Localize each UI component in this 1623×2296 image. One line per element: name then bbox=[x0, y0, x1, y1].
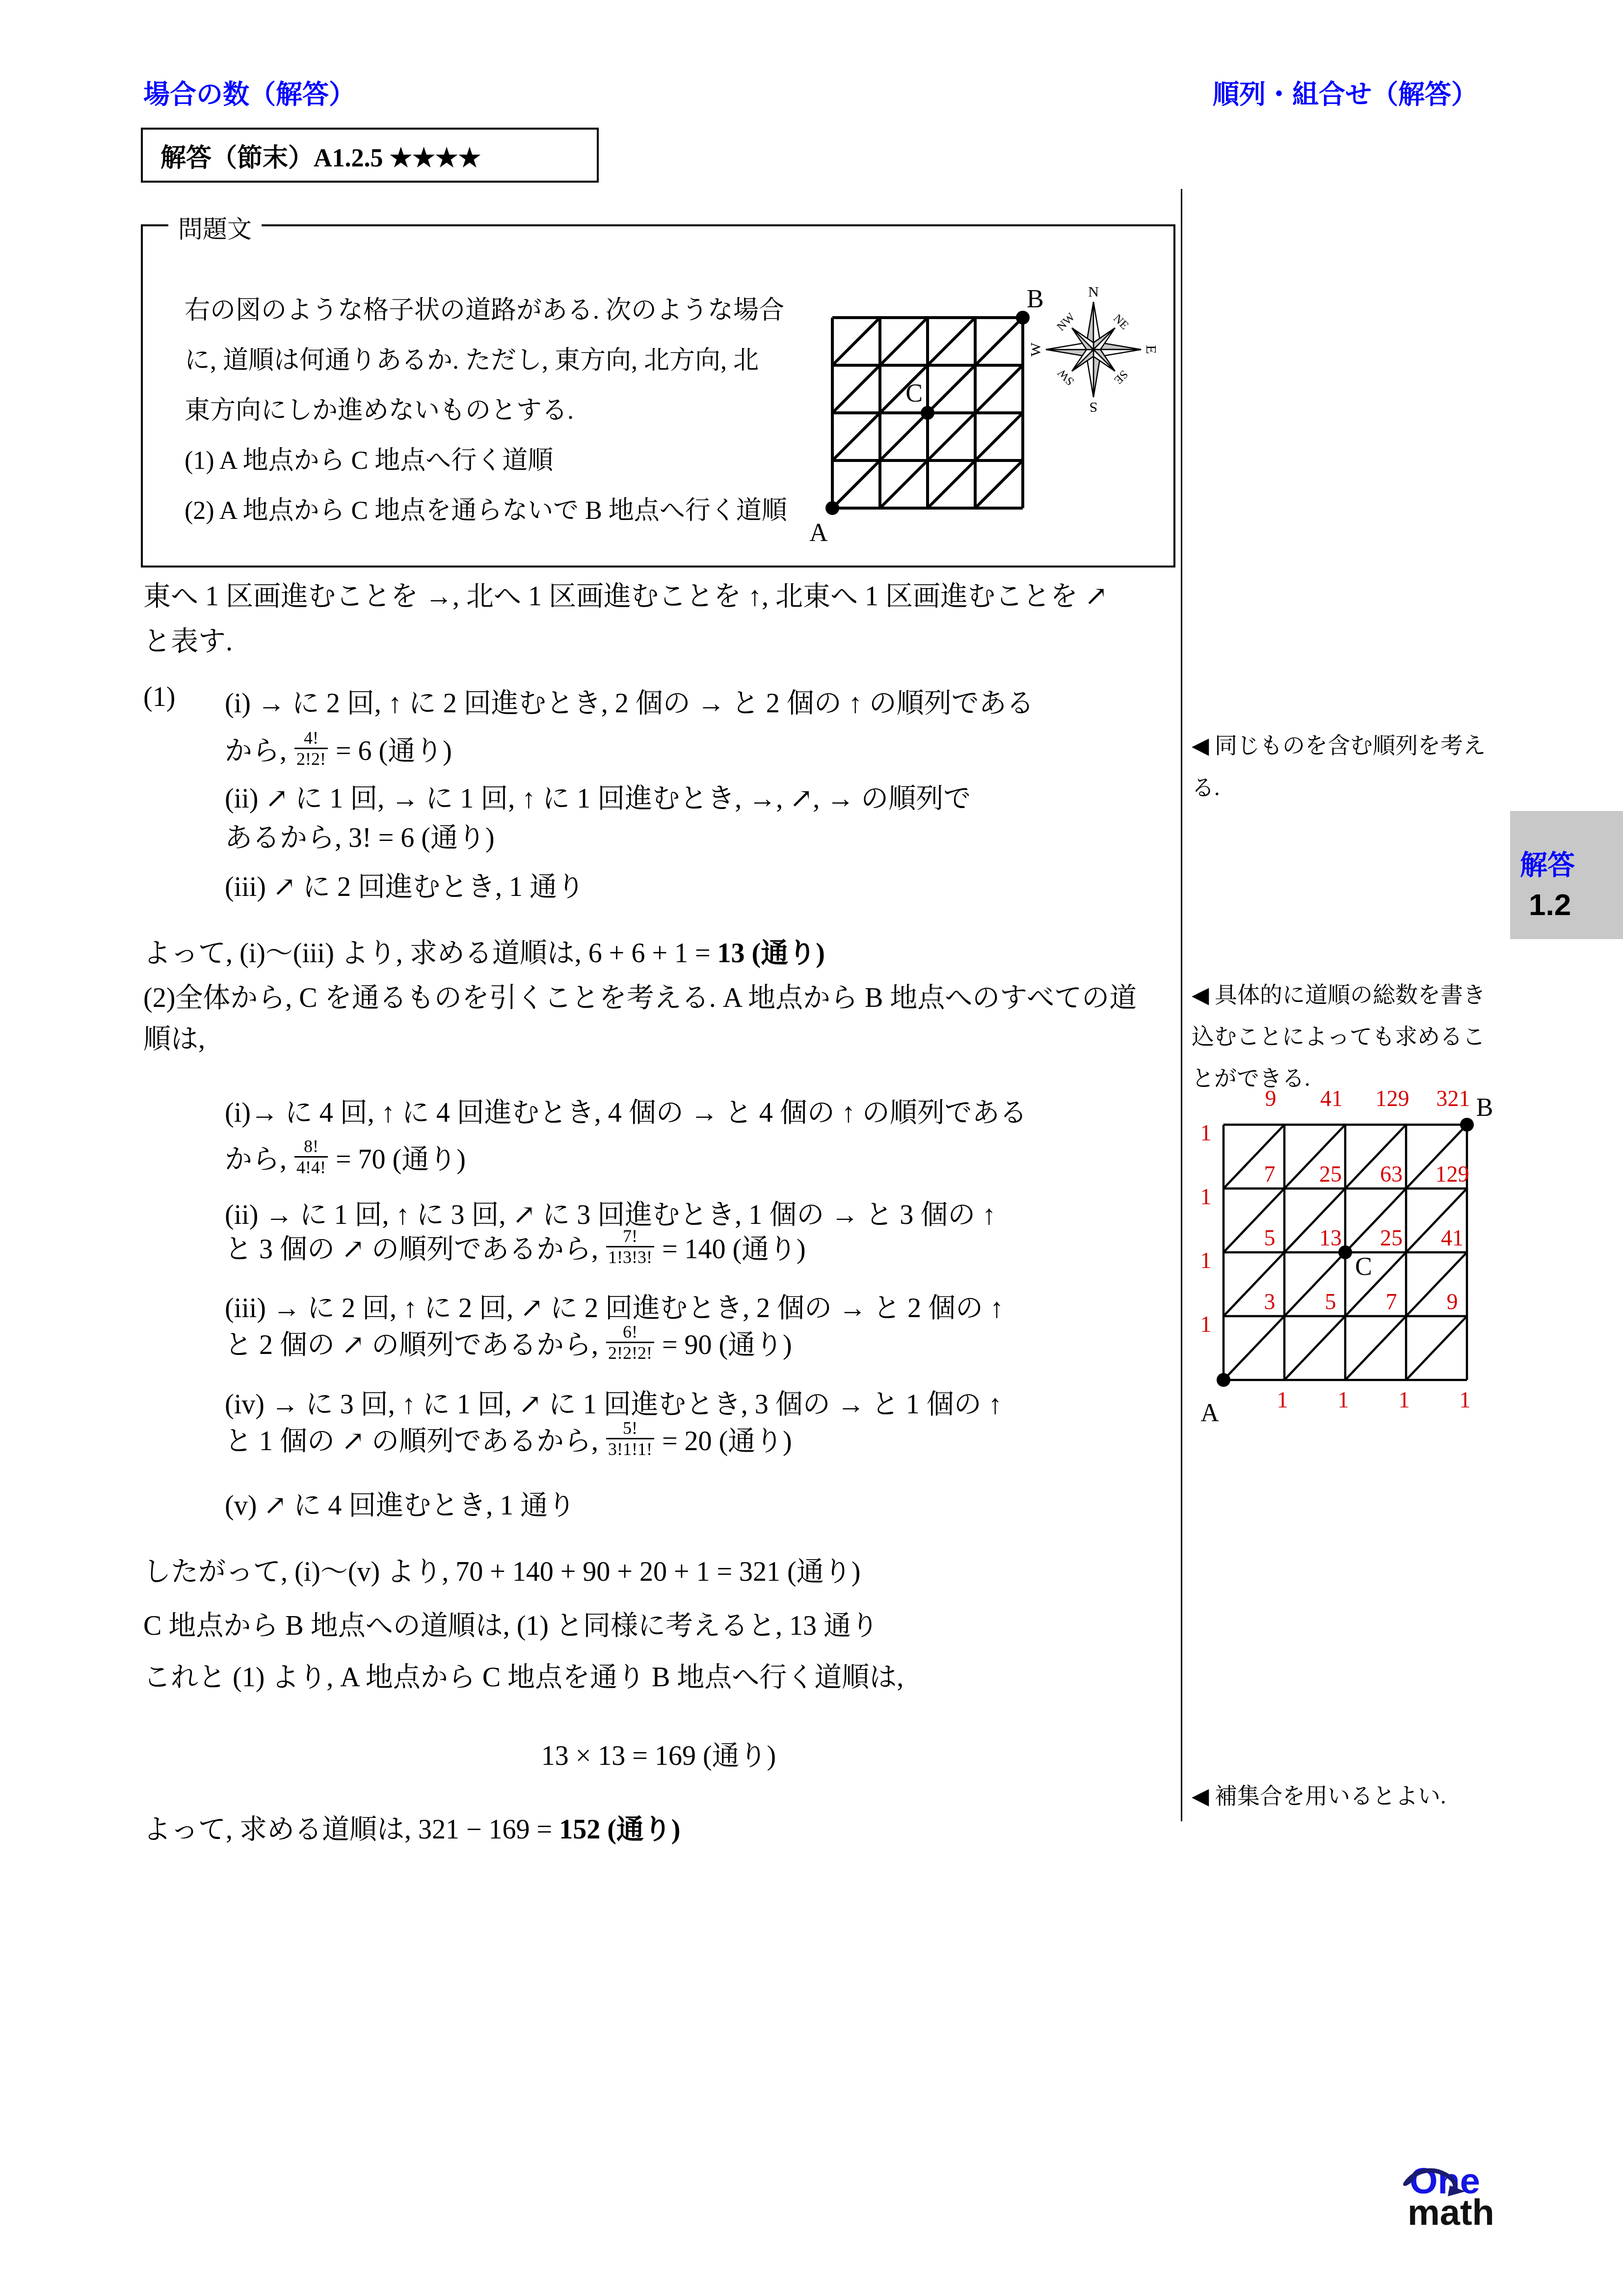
part2-para-line2: 順は, bbox=[143, 1017, 205, 1056]
count-a-label: A bbox=[1200, 1399, 1219, 1427]
count-value: 7 bbox=[1386, 1289, 1397, 1314]
compass-w-label: W bbox=[1028, 342, 1044, 356]
part2-case-iii-result: と 2 個の ↗ の順列であるから, 6!2!2!2! = 90 (通り) bbox=[225, 1322, 792, 1363]
section-tab: 解答 1.2 bbox=[1510, 811, 1623, 939]
frac-post: = 20 (通り) bbox=[662, 1419, 792, 1459]
logo-math-text: math bbox=[1408, 2192, 1494, 2230]
title-box: 解答（節末）A1.2.5 ★★★★ bbox=[141, 128, 599, 183]
count-value: 1 bbox=[1460, 1387, 1471, 1412]
frac-post: = 140 (通り) bbox=[662, 1227, 806, 1267]
part1-case-ii-result: あるから, 3! = 6 (通り) bbox=[225, 816, 495, 855]
problem-grid-figure: A B C bbox=[805, 285, 1053, 552]
page-header-left: 場合の数（解答） bbox=[143, 74, 355, 111]
conclusion1-answer: 13 (通り) bbox=[718, 938, 825, 969]
count-value: 1 bbox=[1200, 1184, 1212, 1209]
part2-case-v: (v) ↗ に 4 回進むとき, 1 通り bbox=[225, 1484, 575, 1523]
count-value: 9 bbox=[1447, 1289, 1458, 1314]
title-text: 解答（節末）A1.2.5 ★★★★ bbox=[143, 137, 481, 174]
count-value: 5 bbox=[1264, 1225, 1276, 1250]
count-a-dot bbox=[1217, 1373, 1230, 1387]
count-value: 63 bbox=[1380, 1162, 1403, 1187]
fraction: 5!3!1!1! bbox=[606, 1418, 654, 1459]
part1-conclusion: よって, (i)〜(iii) より, 求める道順は, 6 + 6 + 1 = 1… bbox=[143, 931, 825, 971]
part2-case-ii-result: と 3 個の ↗ の順列であるから, 7!1!3!3! = 140 (通り) bbox=[225, 1226, 806, 1268]
count-c-label: C bbox=[1355, 1253, 1372, 1281]
margin-note-3: ◀ 補集合を用いるとよい. bbox=[1192, 1778, 1446, 1810]
count-value: 1 bbox=[1277, 1387, 1288, 1412]
part2-case-iv: (iv) → に 3 回, ↑ に 1 回, ↗ に 1 回進むとき, 3 個の… bbox=[225, 1382, 1002, 1422]
part2-para-line1: (2)全体から, C を通るものを引くことを考える. A 地点から B 地点への… bbox=[143, 976, 1137, 1015]
centered-equation: 13 × 13 = 169 (通り) bbox=[143, 1734, 1174, 1773]
vertical-divider bbox=[1181, 189, 1182, 1821]
count-value: 25 bbox=[1380, 1225, 1403, 1250]
fraction-denominator: 4!4! bbox=[294, 1156, 328, 1177]
final-answer-line: よって, 求める道順は, 321 − 169 = 152 (通り) bbox=[143, 1808, 680, 1847]
compass-rose: N E S W NE SE SW NW bbox=[1020, 276, 1167, 423]
fraction-denominator: 2!2! bbox=[294, 748, 328, 769]
count-value: 25 bbox=[1319, 1162, 1342, 1187]
count-value: 3 bbox=[1264, 1289, 1276, 1314]
problem-line: (2) A 地点から C 地点を通らないで B 地点へ行く道順 bbox=[185, 489, 787, 526]
section-tab-label: 解答 bbox=[1520, 843, 1575, 883]
fraction-numerator: 7! bbox=[621, 1226, 639, 1246]
count-value: 5 bbox=[1325, 1289, 1336, 1314]
count-value: 1 bbox=[1200, 1312, 1212, 1337]
part2-via-c-line: これと (1) より, A 地点から C 地点を通り B 地点へ行く道順は, bbox=[143, 1655, 904, 1695]
part2-sum-line: したがって, (i)〜(v) より, 70 + 140 + 90 + 20 + … bbox=[143, 1550, 860, 1589]
fraction-denominator: 3!1!1! bbox=[606, 1438, 654, 1459]
problem-line: に, 道順は何通りあるか. ただし, 東方向, 北方向, 北 bbox=[185, 339, 759, 376]
point-a-label: A bbox=[809, 519, 828, 547]
frac-pre: と 3 個の ↗ の順列であるから, bbox=[225, 1227, 598, 1267]
frac-post: = 70 (通り) bbox=[336, 1137, 466, 1177]
frac-pre: から, bbox=[225, 729, 287, 768]
final-answer: 152 (通り) bbox=[559, 1814, 680, 1845]
count-value: 41 bbox=[1441, 1225, 1463, 1250]
count-value: 7 bbox=[1264, 1162, 1276, 1187]
count-value: 1 bbox=[1399, 1387, 1410, 1412]
compass-e-label: E bbox=[1143, 345, 1159, 354]
part2-case-iv-result: と 1 個の ↗ の順列であるから, 5!3!1!1! = 20 (通り) bbox=[225, 1418, 792, 1459]
fraction-numerator: 5! bbox=[621, 1418, 639, 1438]
frac-pre: と 2 個の ↗ の順列であるから, bbox=[225, 1323, 598, 1362]
part2-case-i-result: から, 8!4!4! = 70 (通り) bbox=[225, 1136, 466, 1178]
count-grid-figure: 9 41 129 321 1 1 1 1 7 25 63 129 5 13 25… bbox=[1190, 1078, 1494, 1441]
section-tab-number: 1.2 bbox=[1529, 888, 1571, 922]
margin-note-2-line2: 込むことによっても求めるこ bbox=[1192, 1019, 1485, 1051]
frac-post: = 90 (通り) bbox=[662, 1323, 792, 1362]
final-text: よって, 求める道順は, 321 − 169 = bbox=[143, 1814, 552, 1845]
margin-note-1-line1: ◀ 同じものを含む順列を考え bbox=[1192, 728, 1486, 760]
count-value: 13 bbox=[1319, 1225, 1342, 1250]
part1-case-iii: (iii) ↗ に 2 回進むとき, 1 通り bbox=[225, 865, 585, 904]
fraction: 7!1!3!3! bbox=[606, 1226, 654, 1268]
problem-line: 東方向にしか進めないものとする. bbox=[185, 389, 574, 426]
part1-case-i-result: から, 4!2!2! = 6 (通り) bbox=[225, 728, 452, 769]
frac-post: = 6 (通り) bbox=[336, 729, 452, 768]
margin-note-2-line1: ◀ 具体的に道順の総数を書き bbox=[1192, 977, 1486, 1009]
count-value: 129 bbox=[1376, 1086, 1410, 1111]
part1-label: (1) bbox=[143, 681, 175, 713]
point-a-dot bbox=[825, 501, 839, 515]
fraction-numerator: 8! bbox=[302, 1136, 320, 1156]
problem-line: (1) A 地点から C 地点へ行く道順 bbox=[185, 439, 553, 476]
fraction: 4!2!2! bbox=[294, 728, 328, 769]
count-value: 41 bbox=[1320, 1086, 1343, 1111]
solution-intro-line1: 東へ 1 区画進むことを →, 北へ 1 区画進むことを ↑, 北東へ 1 区画… bbox=[143, 574, 1108, 614]
fraction: 6!2!2!2! bbox=[606, 1322, 654, 1363]
fraction-numerator: 6! bbox=[621, 1322, 639, 1342]
solution-intro-line2: と表す. bbox=[143, 620, 233, 659]
point-c-label: C bbox=[905, 379, 923, 407]
fraction-denominator: 2!2!2! bbox=[606, 1342, 654, 1363]
onemath-logo: One math bbox=[1403, 2164, 1496, 2230]
count-b-label: B bbox=[1476, 1094, 1493, 1122]
count-value: 1 bbox=[1200, 1120, 1212, 1145]
part1-case-ii: (ii) ↗ に 1 回, → に 1 回, ↑ に 1 回進むとき, →, ↗… bbox=[225, 777, 971, 816]
frac-pre: から, bbox=[225, 1137, 287, 1177]
margin-note-1-line2: る. bbox=[1192, 770, 1220, 802]
part2-cb-line: C 地点から B 地点への道順は, (1) と同様に考えると, 13 通り bbox=[143, 1604, 878, 1643]
count-value: 321 bbox=[1437, 1086, 1470, 1111]
frac-pre: と 1 個の ↗ の順列であるから, bbox=[225, 1419, 598, 1459]
part2-case-i: (i)→ に 4 回, ↑ に 4 回進むとき, 4 個の → と 4 個の ↑… bbox=[225, 1091, 1027, 1130]
compass-n-label: N bbox=[1088, 284, 1099, 300]
fraction-denominator: 1!3!3! bbox=[606, 1246, 654, 1267]
count-value: 129 bbox=[1436, 1162, 1469, 1187]
problem-line: 右の図のような格子状の道路がある. 次のような場合 bbox=[185, 289, 784, 326]
fraction: 8!4!4! bbox=[294, 1136, 328, 1178]
part1-case-i: (i) → に 2 回, ↑ に 2 回進むとき, 2 個の → と 2 個の … bbox=[225, 681, 1034, 721]
conclusion1-text: よって, (i)〜(iii) より, 求める道順は, 6 + 6 + 1 = bbox=[143, 938, 711, 969]
problem-legend: 問題文 bbox=[168, 210, 262, 245]
compass-s-label: S bbox=[1090, 399, 1098, 415]
page-header-right: 順列・組合せ（解答） bbox=[1213, 74, 1478, 111]
point-c-dot bbox=[921, 406, 934, 420]
fraction-numerator: 4! bbox=[302, 728, 320, 748]
count-value: 9 bbox=[1265, 1086, 1277, 1111]
count-value: 1 bbox=[1338, 1387, 1349, 1412]
part2-case-iii: (iii) → に 2 回, ↑ に 2 回, ↗ に 2 回進むとき, 2 個… bbox=[225, 1286, 1004, 1325]
count-b-dot bbox=[1460, 1118, 1474, 1132]
count-value: 1 bbox=[1200, 1248, 1212, 1273]
